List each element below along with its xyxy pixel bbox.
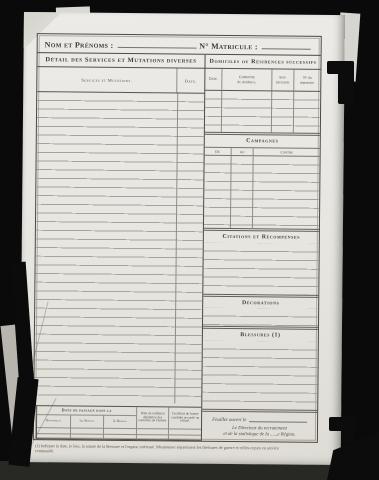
blessures-ruled-area [202, 341, 318, 410]
column-divider [221, 91, 222, 132]
residences-panel: Domiciles ou Résidences successifs Date.… [202, 55, 321, 442]
matricule-label: N° Matricule : [199, 42, 258, 52]
blessures-title: Blessures (1) [203, 329, 318, 342]
services-ruled-area [34, 92, 204, 404]
signature-line-2: et de la statistique de la ......e Régio… [202, 431, 317, 438]
passage-cell [37, 433, 70, 439]
name-blank-line [117, 46, 196, 49]
campagnes-au-header: Au [231, 148, 253, 155]
column-divider [293, 92, 294, 133]
passage-cell [168, 434, 201, 440]
name-label: Nom et Prénoms : [45, 40, 114, 50]
decorations-ruled-area [203, 308, 318, 327]
reserve1-column-header: 1re Réserve. [70, 414, 103, 427]
feuillet-blank-line [250, 420, 308, 423]
passage-cell [103, 433, 136, 439]
footnote: (1) Indiquer la date, le lieu, la nature… [35, 443, 285, 456]
residences-date-header: Date. [205, 69, 221, 90]
matricule-form: Nom et Prénoms : N° Matricule : Détail d… [33, 33, 322, 443]
reserve2-column-header: 2e Réserve. [103, 415, 136, 428]
residences-title: Domiciles ou Résidences successifs [205, 55, 320, 70]
scan-clip-top-right [338, 61, 354, 104]
residences-ruled-area [205, 91, 320, 133]
scanned-document: Nom et Prénoms : N° Matricule : Détail d… [0, 0, 379, 480]
certificat-column-header: Certificat de bonne conduite accordé ou … [168, 407, 201, 428]
passage-cell [70, 433, 103, 439]
citations-title: Citations et Récompenses [204, 231, 319, 244]
residences-numero-header: N° du répertoire. [293, 70, 320, 91]
citations-ruled-area [203, 243, 318, 295]
services-column-label: Services et Mutations. [37, 67, 177, 92]
column-divider [271, 91, 272, 132]
passage-cell [136, 434, 168, 440]
scan-clip-bottom-right [341, 417, 354, 443]
campagnes-du-header: Du [205, 148, 231, 155]
residences-subdivision-header: Sub- division. [271, 69, 293, 90]
column-divider [252, 156, 254, 228]
scanned-page: Nom et Prénoms : N° Matricule : Détail d… [20, 12, 345, 465]
campagnes-title: Campagnes [205, 135, 320, 148]
services-panel: Détail des Services et Mutations diverse… [34, 53, 206, 441]
radiation-column-header: Date de radiation définitive des contrôl… [136, 407, 168, 428]
feuillet-opened-row: Feuillet ouvert le [202, 412, 317, 424]
matricule-blank-line [262, 47, 311, 49]
feuillet-block: Feuillet ouvert le Le Directeur du recru… [202, 412, 317, 442]
feuillet-opened-label: Feuillet ouvert le [212, 418, 246, 423]
residences-commune-header: Commune de résidence. [221, 69, 271, 90]
services-column-headers: Services et Mutations. Date. [37, 67, 204, 94]
form-body: Détail des Services et Mutations diverse… [34, 53, 321, 442]
residences-column-headers: Date. Commune de résidence. Sub- divisio… [205, 69, 320, 92]
campagnes-contre-header: Contre [253, 148, 320, 156]
numero-line2: répertoire. [300, 80, 315, 84]
campagnes-ruled-area [204, 156, 320, 229]
passage-table: Date de passage dans la Date de radiatio… [36, 405, 201, 441]
column-divider [230, 156, 232, 228]
column-divider [174, 93, 178, 403]
commune-line2: de résidence. [237, 80, 256, 84]
subdivision-line2: division. [276, 80, 290, 84]
services-date-column-label: Date. [177, 68, 204, 92]
